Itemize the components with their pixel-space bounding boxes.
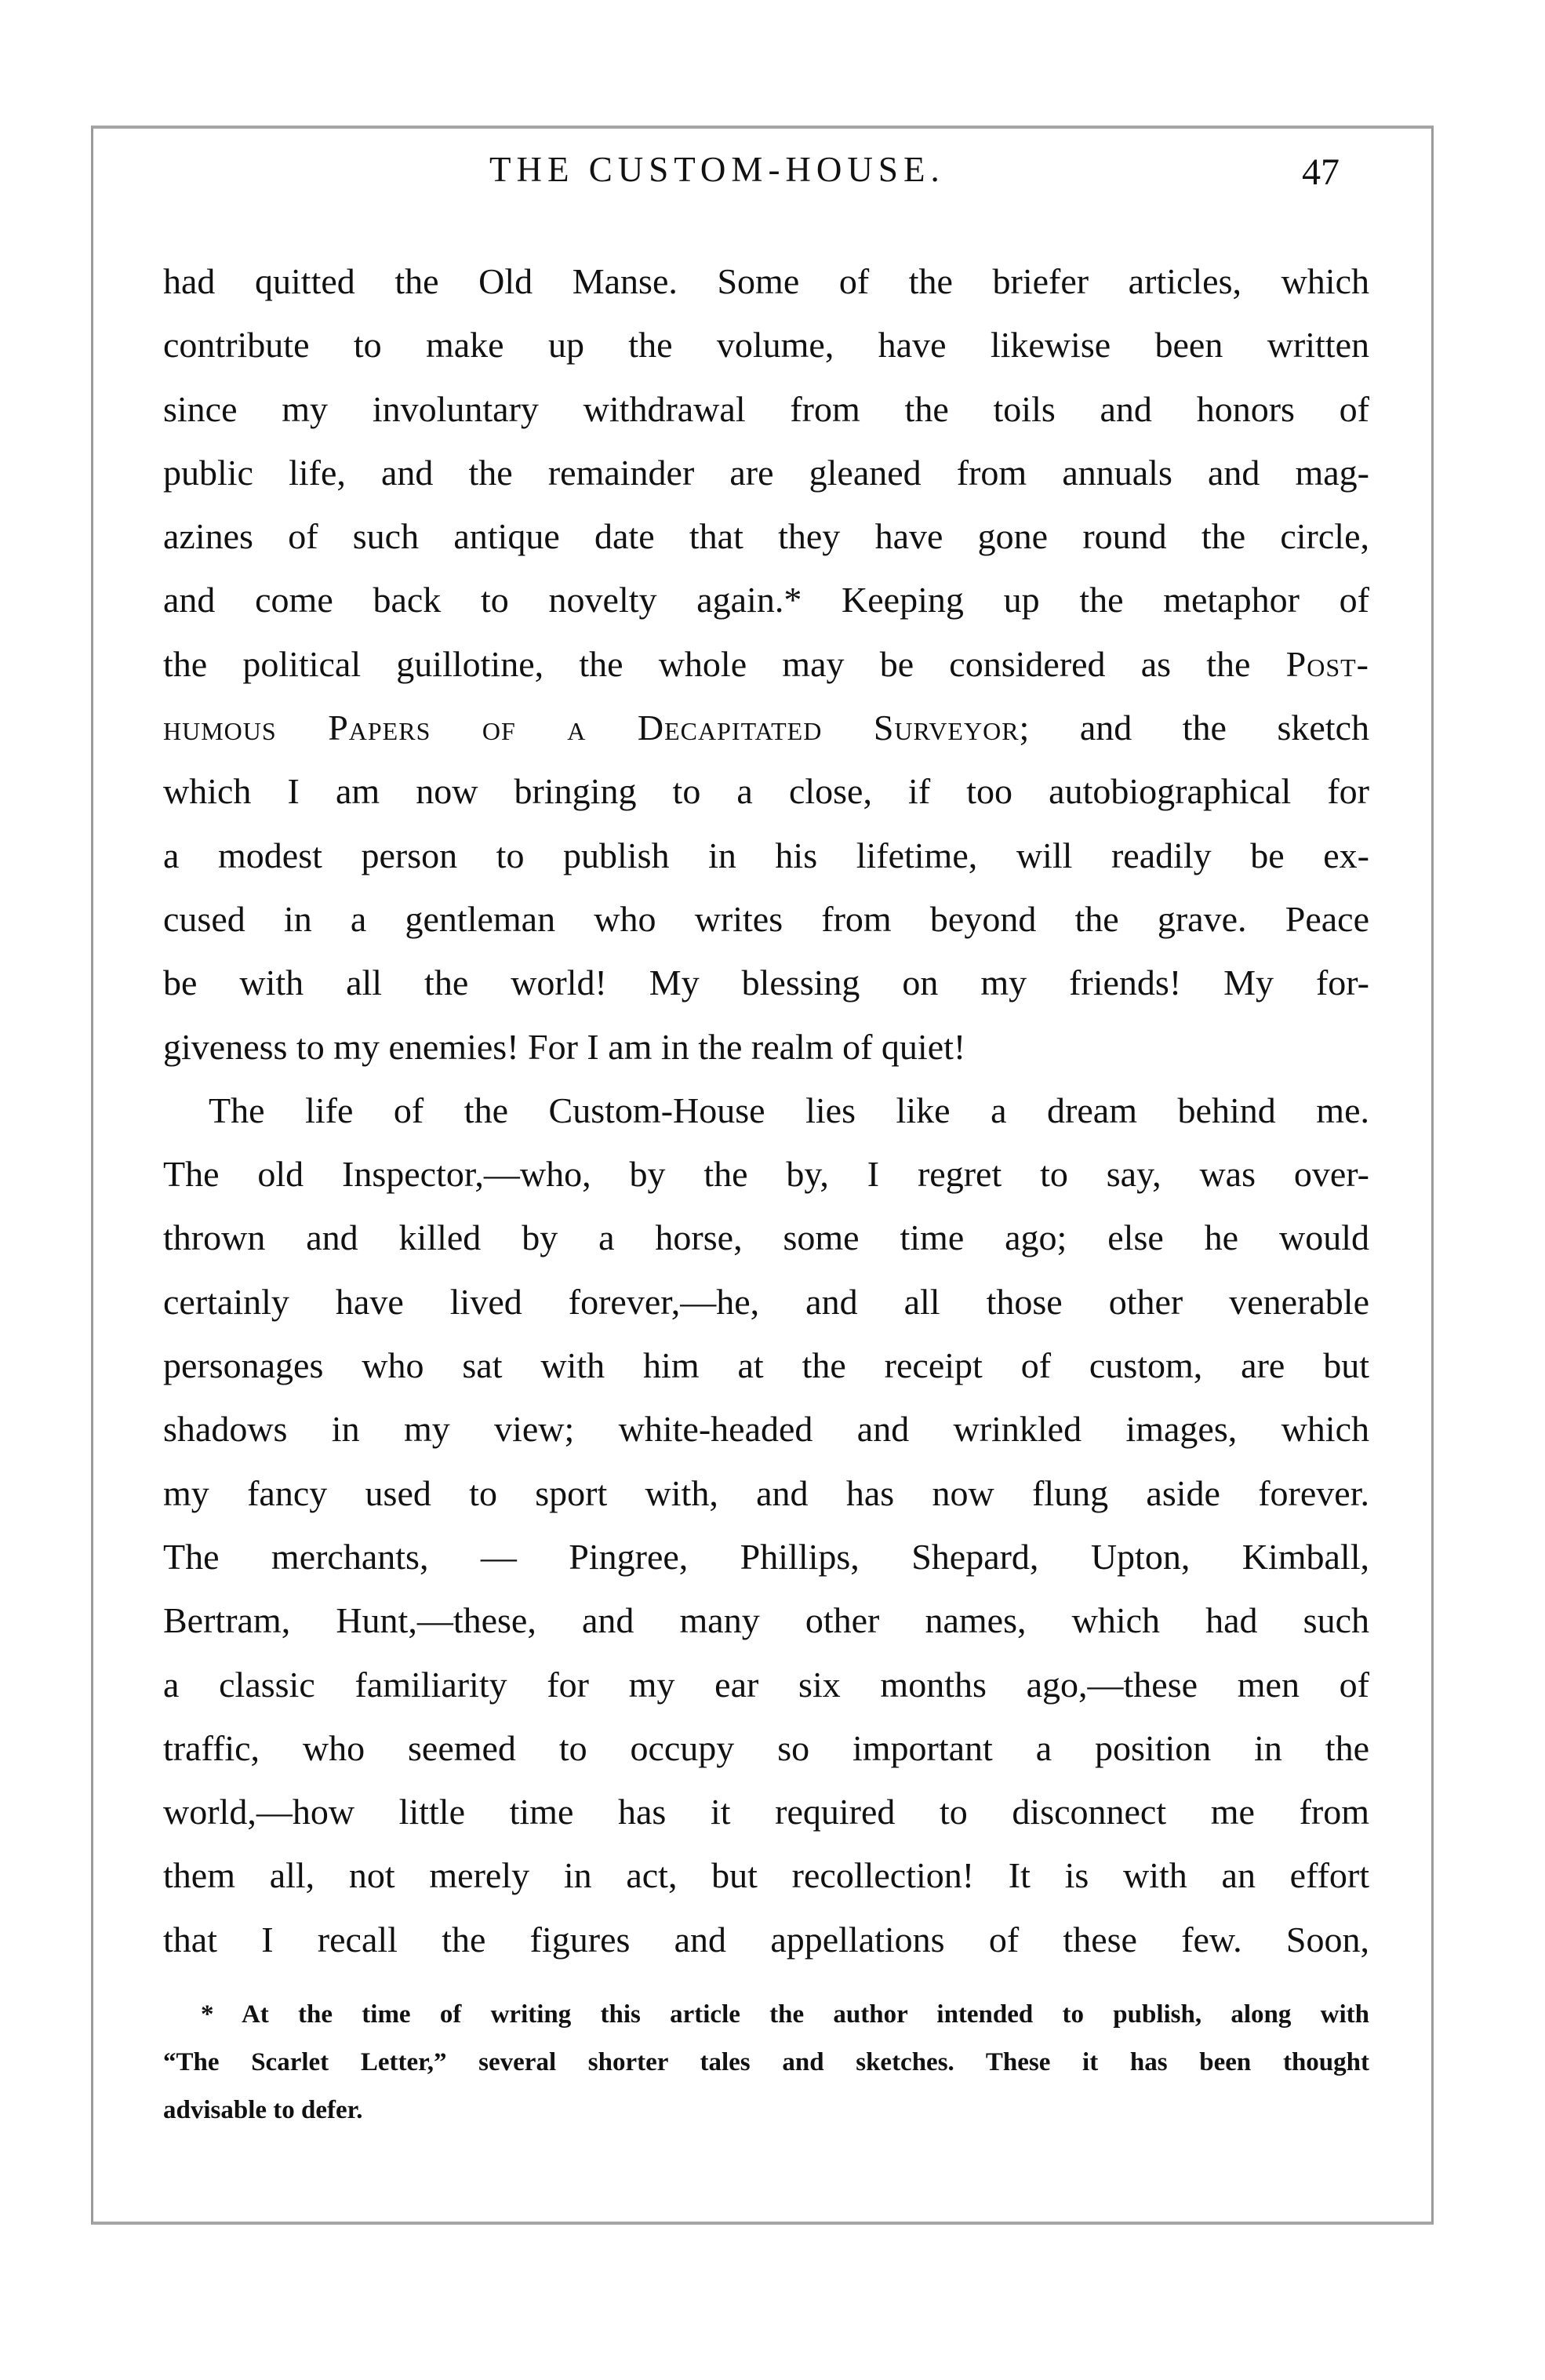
text-line: them all, not merely in act, but recolle… [163,1843,1369,1907]
text-line: humous Papers of a Decapitated Surveyor;… [163,696,1369,759]
text-line: certainly have lived forever,—he, and al… [163,1270,1369,1334]
text-line: The old Inspector,—who, by the by, I reg… [163,1142,1369,1206]
footnote: * At the time of writing this article th… [163,1991,1369,2134]
text-line: that I recall the figures and appellatio… [163,1908,1369,1971]
text-line: thrown and killed by a horse, some time … [163,1206,1369,1269]
text-line: a classic familiarity for my ear six mon… [163,1653,1369,1716]
text-line: world,—how little time has it required t… [163,1780,1369,1843]
text-line: the political guillotine, the whole may … [163,632,1369,696]
text-segment: the political guillotine, the whole may … [163,644,1286,684]
text-line: shadows in my view; white-headed and wri… [163,1397,1369,1461]
text-line: which I am now bringing to a close, if t… [163,759,1369,823]
footnote-line: * At the time of writing this article th… [163,1991,1369,2039]
text-line: be with all the world! My blessing on my… [163,951,1369,1014]
text-line: my fancy used to sport with, and has now… [163,1461,1369,1525]
text-line: since my involuntary withdrawal from the… [163,377,1369,441]
small-caps-title: Post- [1286,644,1369,684]
text-line: a modest person to publish in his lifeti… [163,824,1369,887]
text-line: giveness to my enemies! For I am in the … [163,1015,1369,1079]
text-line: The merchants, — Pingree, Phillips, Shep… [163,1525,1369,1588]
running-head: THE CUSTOM-HOUSE. 47 [0,149,1545,196]
text-line: azines of such antique date that they ha… [163,504,1369,568]
page-number: 47 [1302,151,1340,194]
paragraph-start-line: The life of the Custom-House lies like a… [163,1079,1369,1142]
text-line: cused in a gentleman who writes from bey… [163,887,1369,951]
footnote-text: At the time of writing this article the … [242,2000,1369,2029]
text-line: Bertram, Hunt,—these, and many other nam… [163,1588,1369,1652]
small-caps-title: humous Papers of a Decapitated Surveyor [163,708,1020,748]
footnote-line: advisable to defer. [163,2087,1369,2134]
body-text: had quitted the Old Manse. Some of the b… [163,249,1369,1971]
footnote-marker: * [201,2000,214,2029]
text-line: public life, and the remainder are glean… [163,441,1369,504]
footnote-line: “The Scarlet Letter,” several shorter ta… [163,2039,1369,2087]
text-line: and come back to novelty again.* Keeping… [163,568,1369,631]
text-line: contribute to make up the volume, have l… [163,313,1369,377]
text-line: personages who sat with him at the recei… [163,1334,1369,1397]
text-segment: ; and the sketch [1020,708,1369,748]
text-line: traffic, who seemed to occupy so importa… [163,1716,1369,1780]
running-head-title: THE CUSTOM-HOUSE. [489,149,945,190]
text-line: had quitted the Old Manse. Some of the b… [163,249,1369,313]
